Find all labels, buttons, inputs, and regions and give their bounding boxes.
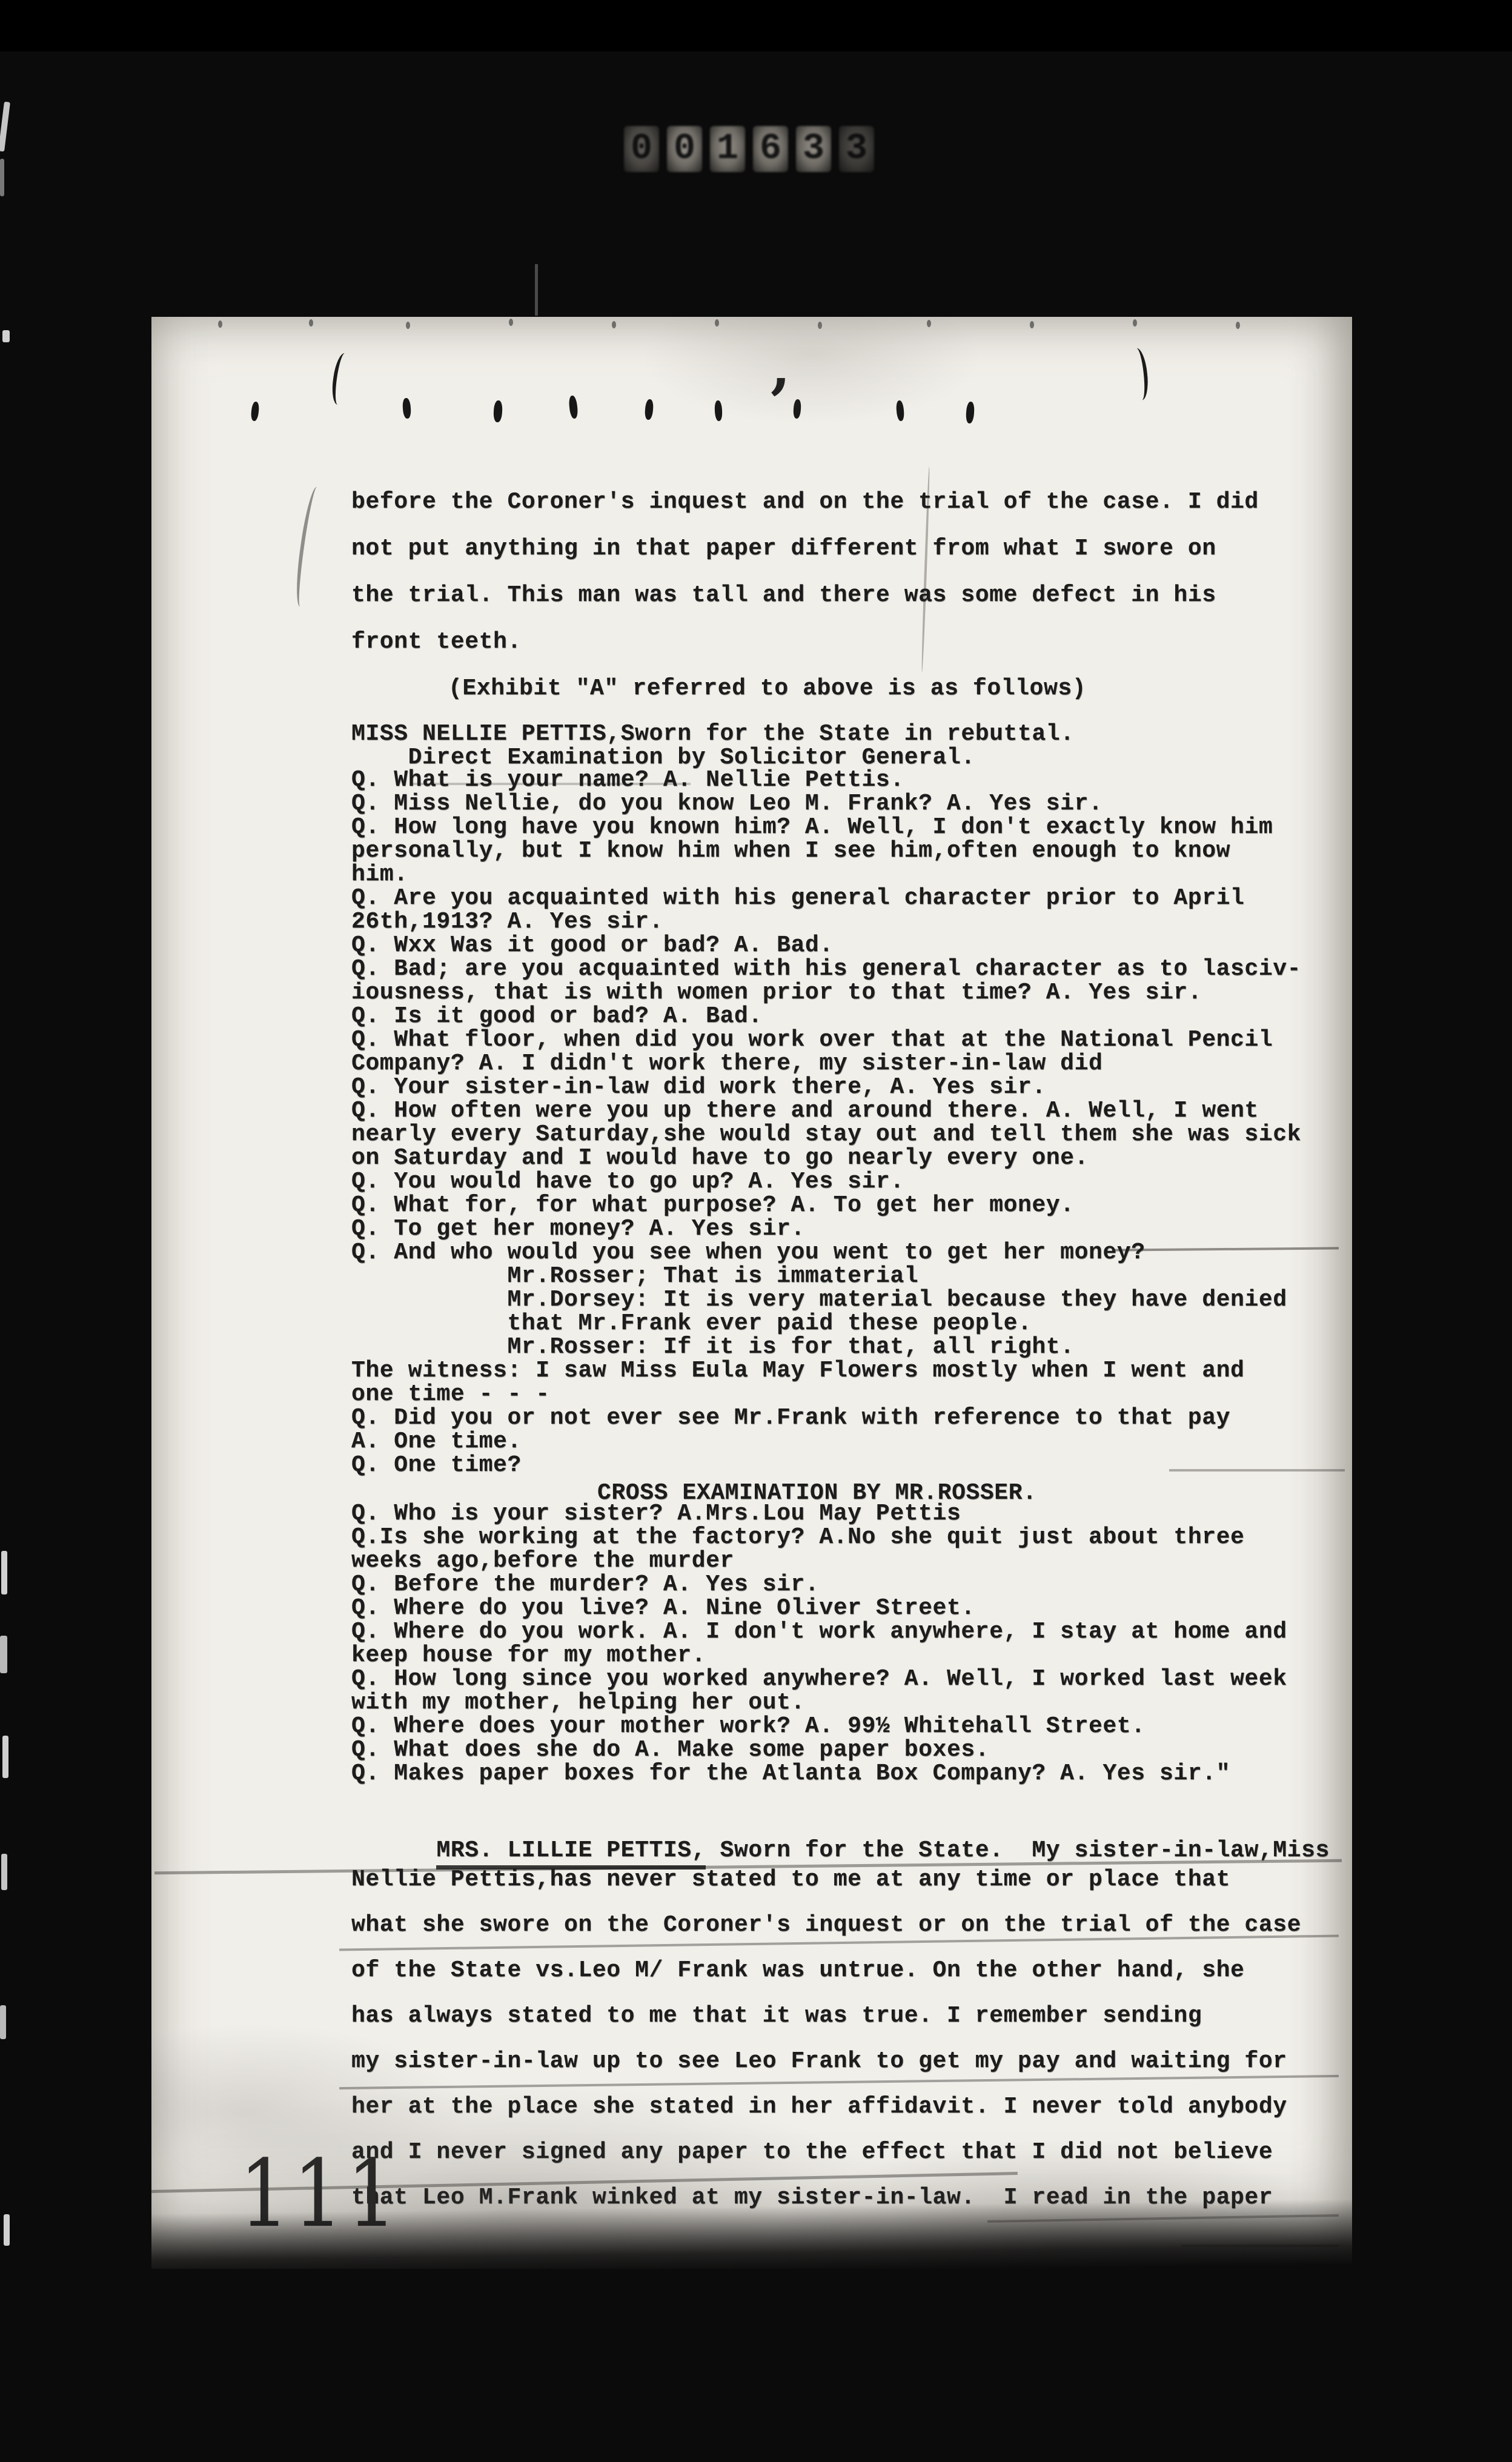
qa-line: Q. You would have to go up? A. Yes sir. — [351, 1170, 1301, 1193]
qa-line: Q. How long have you known him? A. Well,… — [351, 815, 1301, 839]
ink-speck — [715, 319, 719, 327]
ink-speck — [1030, 321, 1034, 328]
qa-line: Mr.Rosser: If it is for that, all right. — [351, 1335, 1301, 1359]
pen-mark-comma: , — [771, 334, 791, 401]
qa-line: Mr.Rosser; That is immaterial — [351, 1264, 1301, 1288]
qa-line: Q. Where does your mother work? A. 99½ W… — [351, 1714, 1287, 1738]
qa-line: The witness: I saw Miss Eula May Flowers… — [351, 1359, 1301, 1382]
qa-line: that Mr.Frank ever paid these people. — [351, 1312, 1301, 1335]
statement-line: my sister-in-law up to see Leo Frank to … — [351, 2039, 1301, 2084]
film-edge-mark — [535, 264, 538, 316]
qa-line: Q. Bad; are you acquainted with his gene… — [351, 957, 1301, 981]
qa-line: Q. How long since you worked anywhere? A… — [351, 1667, 1287, 1691]
opening-paragraph: before the Coroner's inquest and on the … — [351, 479, 1259, 665]
qa-line: Q. Before the murder? A. Yes sir. — [351, 1573, 1287, 1596]
ink-speck — [218, 320, 222, 328]
ink-speck — [1236, 322, 1240, 329]
statement-line: her at the place she stated in her affid… — [351, 2084, 1301, 2129]
film-top-band — [0, 0, 1512, 51]
paragraph-line: before the Coroner's inquest and on the … — [351, 479, 1259, 525]
film-edge-mark — [1, 1854, 7, 1890]
ink-speck — [793, 399, 801, 419]
qa-line: on Saturday and I would have to go nearl… — [351, 1146, 1301, 1170]
qa-line: nearly every Saturday,she would stay out… — [351, 1123, 1301, 1146]
qa-line: personally, but I know him when I see hi… — [351, 839, 1301, 863]
statement-line: has always stated to me that it was true… — [351, 1993, 1301, 2039]
film-edge-mark — [0, 1636, 7, 1673]
stamp-digit: 3 — [796, 126, 831, 172]
qa-line: Q. What for, for what purpose? A. To get… — [351, 1193, 1301, 1217]
direct-examination-qa: Q. What is your name? A. Nellie Pettis.Q… — [351, 768, 1301, 1477]
pen-mark-right-brace — [1126, 348, 1150, 402]
ink-speck — [966, 402, 975, 424]
qa-line: Q. Did you or not ever see Mr.Frank with… — [351, 1406, 1301, 1430]
lillie-statement: Nellie Pettis,has never stated to me at … — [351, 1857, 1301, 2220]
ink-speck — [309, 319, 313, 327]
qa-line: Q. One time? — [351, 1453, 1301, 1477]
qa-line: Q. Makes paper boxes for the Atlanta Box… — [351, 1762, 1287, 1785]
film-edge-mark — [2, 330, 10, 342]
stamp-digit: 6 — [753, 126, 788, 172]
qa-line: Q. To get her money? A. Yes sir. — [351, 1217, 1301, 1241]
ink-speck — [645, 399, 654, 420]
cross-examination-qa: Q. Who is your sister? A.Mrs.Lou May Pet… — [351, 1502, 1287, 1785]
paragraph-line: the trial. This man was tall and there w… — [351, 572, 1259, 619]
qa-line: Q. And who would you see when you went t… — [351, 1241, 1301, 1264]
exhibit-note: (Exhibit "A" referred to above is as fol… — [448, 675, 1086, 702]
ink-speck — [406, 322, 410, 329]
frame-counter-stamp: 001633 — [624, 126, 874, 172]
film-edge-mark — [2, 1736, 8, 1778]
qa-line: iousness, that is with women prior to th… — [351, 981, 1301, 1004]
stamp-digit: 0 — [624, 126, 659, 172]
ink-speck — [493, 400, 503, 423]
pen-mark-margin-curl — [292, 486, 328, 609]
film-edge-mark — [4, 2214, 10, 2246]
ink-speck — [612, 321, 616, 328]
film-edge-mark — [1, 1551, 7, 1594]
qa-line: him. — [351, 863, 1301, 886]
qa-line: keep house for my mother. — [351, 1644, 1287, 1667]
document-page: , before the Coroner's inquest and on th… — [151, 317, 1352, 2269]
qa-line: Mr.Dorsey: It is very material because t… — [351, 1288, 1301, 1312]
pen-mark-left-brace — [330, 352, 356, 406]
qa-line: Q. How often were you up there and aroun… — [351, 1099, 1301, 1123]
witness-heading-nellie: MISS NELLIE PETTIS,Sworn for the State i… — [351, 721, 1075, 747]
ink-speck — [896, 400, 905, 422]
qa-line: Company? A. I didn't work there, my sist… — [351, 1052, 1301, 1075]
stamp-digit: 3 — [839, 126, 874, 172]
qa-line: Q. What floor, when did you work over th… — [351, 1028, 1301, 1052]
qa-line: Q.Is she working at the factory? A.No sh… — [351, 1525, 1287, 1549]
ink-speck — [402, 398, 411, 419]
statement-line: of the State vs.Leo M/ Frank was untrue.… — [351, 1948, 1301, 1993]
ink-speck — [1133, 319, 1137, 327]
qa-line: Q. Miss Nellie, do you know Leo M. Frank… — [351, 792, 1301, 815]
ink-speck — [714, 400, 723, 422]
ink-speck — [927, 320, 931, 327]
statement-line: what she swore on the Coroner's inquest … — [351, 1902, 1301, 1948]
paragraph-line: not put anything in that paper different… — [351, 525, 1259, 572]
qa-line: 26th,1913? A. Yes sir. — [351, 910, 1301, 934]
ink-speck — [818, 322, 822, 329]
qa-line: A. One time. — [351, 1430, 1301, 1453]
ink-speck — [509, 319, 513, 326]
film-edge-mark — [0, 2005, 6, 2039]
statement-line: Nellie Pettis,has never stated to me at … — [351, 1857, 1301, 1902]
qa-line: Q. What does she do A. Make some paper b… — [351, 1738, 1287, 1762]
film-edge-mark — [0, 102, 10, 152]
ink-speck — [568, 395, 579, 419]
stamp-digit: 1 — [710, 126, 745, 172]
qa-line: Q. Where do you work. A. I don't work an… — [351, 1620, 1287, 1644]
stamp-digit: 0 — [667, 126, 702, 172]
qa-line: Q. Who is your sister? A.Mrs.Lou May Pet… — [351, 1502, 1287, 1525]
statement-line: and I never signed any paper to the effe… — [351, 2129, 1301, 2175]
film-edge-mark — [0, 159, 4, 196]
ink-speck — [250, 401, 259, 421]
qa-line: Q. Where do you live? A. Nine Oliver Str… — [351, 1596, 1287, 1620]
qa-line: Q. Wxx Was it good or bad? A. Bad. — [351, 934, 1301, 957]
paragraph-line: front teeth. — [351, 619, 1259, 665]
qa-line: weeks ago,before the murder — [351, 1549, 1287, 1573]
qa-line: Q. Your sister-in-law did work there, A.… — [351, 1075, 1301, 1099]
qa-line: Q. Are you acquainted with his general c… — [351, 886, 1301, 910]
microfilm-background: 001633 , — [0, 0, 1512, 2462]
qa-line: Q. What is your name? A. Nellie Pettis. — [351, 768, 1301, 792]
qa-line: with my mother, helping her out. — [351, 1691, 1287, 1714]
qa-line: one time - - - — [351, 1382, 1301, 1406]
qa-line: Q. Is it good or bad? A. Bad. — [351, 1004, 1301, 1028]
